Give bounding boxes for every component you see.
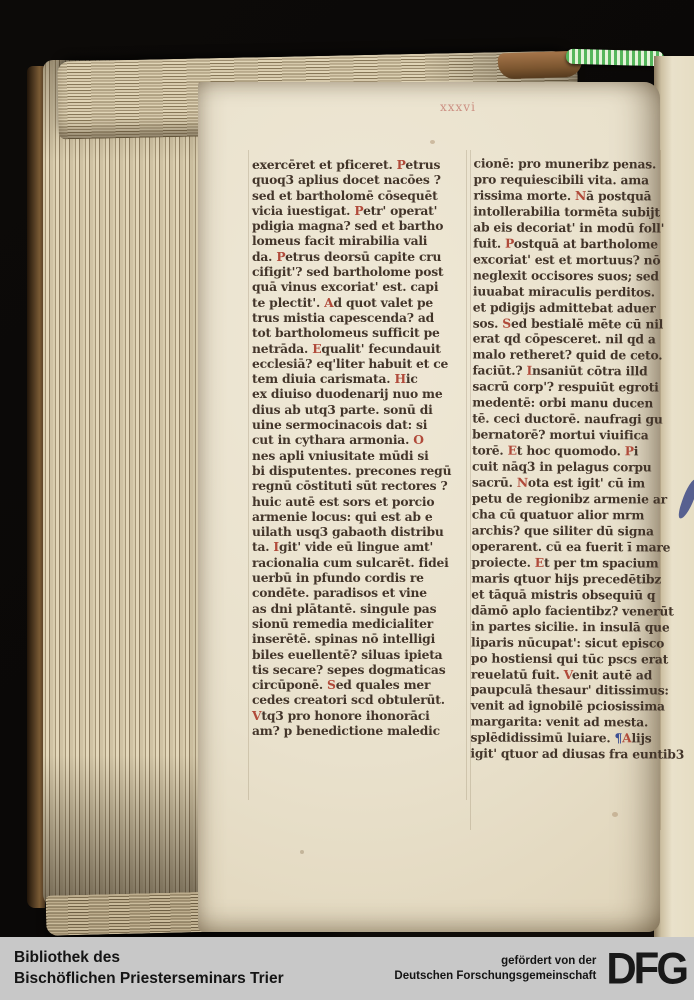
manuscript-line: Vtq3 pro honore ihonorāci: [252, 708, 466, 723]
funding-text-line2: Deutschen Forschungsgemeinschaft: [394, 969, 596, 984]
funding-credit: gefördert von der Deutschen Forschungsge…: [394, 948, 686, 990]
manuscript-line: exercēret et pficeret. Petrus: [252, 157, 466, 172]
library-footer-banner: Bibliothek des Bischöflichen Priestersem…: [0, 937, 694, 1000]
ruling-line: [248, 150, 249, 800]
manuscript-line: paupculā thesaur' ditissimus:: [471, 682, 663, 699]
manuscript-line: rissima morte. Nā postquā: [473, 187, 665, 204]
manuscript-line: reuelatū fuit. Venit autē ad: [471, 666, 663, 683]
manuscript-line: condēte. paradisos et vine: [252, 585, 466, 600]
manuscript-line: cedes creatori scd obtulerūt.: [252, 692, 466, 707]
funding-text-line1: gefördert von der: [394, 954, 596, 969]
manuscript-line: sionū remedia medicialiter: [252, 616, 466, 631]
manuscript-line: operarent. cū ea fuerit ī mare: [472, 538, 664, 555]
manuscript-line: sed et bartholomē cōsequēt: [252, 188, 466, 203]
manuscript-line: sacrū. Nota est igit' cū im: [472, 475, 664, 492]
manuscript-line: proiecte. Et per tm spacium: [471, 554, 663, 571]
manuscript-line: vicia iuestigat. Petr' operat': [252, 203, 466, 218]
ruling-line: [466, 150, 467, 800]
text-column-right: cionē: pro muneribz penas.pro requiescib…: [470, 156, 665, 763]
manuscript-line: tem diuia carismata. Hic: [252, 371, 466, 386]
manuscript-line: regnū cōstituti sūt rectores ?: [252, 478, 466, 493]
manuscript-line: biles euellentē? siluas ipieta: [252, 647, 466, 662]
manuscript-line: lomeus facit mirabilia vali: [252, 233, 466, 248]
manuscript-line: tē. ceci ductorē. naufragi gu: [472, 411, 664, 428]
manuscript-line: quā vinus excoriat' est. capi: [252, 279, 466, 294]
manuscript-line: excoriat' est et mortuus? nō: [473, 251, 665, 268]
manuscript-line: trus mistia capescenda? ad: [252, 310, 466, 325]
manuscript-line: quoq3 aplius docet nacōes ?: [252, 172, 466, 187]
manuscript-line: netrāda. Equalit' fecundauit: [252, 341, 466, 356]
manuscript-line: neglexit occisores suos; sed: [473, 267, 665, 284]
manuscript-line: et pdigijs admittebat aduer: [473, 299, 665, 316]
manuscript-line: uilath usq3 gabaoth distribu: [252, 524, 466, 539]
manuscript-line: cionē: pro muneribz penas.: [474, 156, 666, 173]
manuscript-line: pro requiescibili vita. ama: [473, 171, 665, 188]
manuscript-line: sacrū corp'? respuiūt egroti: [472, 379, 664, 396]
manuscript-line: bi disputentes. precones regū: [252, 463, 466, 478]
manuscript-line: uerbū in pfundo cordis re: [252, 570, 466, 585]
manuscript-line: splēdidissimū luiare. ¶Alijs: [470, 730, 662, 747]
digitized-manuscript-photo: xxxvi exercēret et pficeret. Petrusquoq3…: [0, 0, 694, 1000]
manuscript-line: faciūt.? Insaniūt cōtra illd: [472, 363, 664, 380]
dfg-logo: DFG: [606, 946, 686, 990]
manuscript-line: huic autē est sors et porcio: [252, 494, 466, 509]
manuscript-line: te plectit'. Ad quot valet pe: [252, 295, 466, 310]
manuscript-line: ecclesiā? eq'liter habuit et ce: [252, 356, 466, 371]
library-name-line1: Bibliothek des: [14, 948, 284, 968]
library-name-line2: Bischöflichen Priesterseminars Trier: [14, 969, 284, 989]
manuscript-line: medentē: orbi manu ducen: [472, 395, 664, 412]
manuscript-line: circūponē. Sed quales mer: [252, 677, 466, 692]
manuscript-line: maris qtuor hijs precedētibz: [471, 570, 663, 587]
manuscript-line: am? p benedictione maledic: [252, 723, 466, 738]
manuscript-line: cut in cythara armonia. O: [252, 432, 466, 447]
manuscript-line: as dni plātantē. singule pas: [252, 601, 466, 616]
library-name: Bibliothek des Bischöflichen Priestersem…: [14, 948, 284, 988]
manuscript-line: cha cū quatuor alior mrm: [472, 506, 664, 523]
manuscript-line: venit ad ignobilē pciosissima: [471, 698, 663, 715]
manuscript-line: po hostiensi qui tūc pscs erat: [471, 650, 663, 667]
manuscript-line: liparis nūcupat': sicut episco: [471, 634, 663, 651]
manuscript-line: bernatorē? mortui viuifica: [472, 427, 664, 444]
text-column-left: exercēret et pficeret. Petrusquoq3 apliu…: [252, 157, 466, 738]
manuscript-line: in partes sicilie. in insulā que: [471, 618, 663, 635]
manuscript-line: nes apli vniusitate mūdi si: [252, 448, 466, 463]
manuscript-line: tis secare? sepes dogmaticas: [252, 662, 466, 677]
manuscript-line: petu de regionibz armenie ar: [472, 491, 664, 508]
folio-number: xxxvi: [440, 100, 476, 114]
funding-text: gefördert von der Deutschen Forschungsge…: [394, 954, 596, 984]
manuscript-line: intollerabilia tormēta subijt: [473, 203, 665, 220]
manuscript-line: inserētē. spinas nō intelligi: [252, 631, 466, 646]
manuscript-line: cuit nāq3 in pelagus corpu: [472, 459, 664, 476]
manuscript-line: dāmō aplo facientibz? venerūt: [471, 602, 663, 619]
manuscript-line: tot bartholomeus sufficit pe: [252, 325, 466, 340]
manuscript-line: armenie locus: qui est ab e: [252, 509, 466, 524]
manuscript-line: iuuabat miraculis perditos.: [473, 283, 665, 300]
manuscript-line: ex diuiso duodenarij nuo me: [252, 386, 466, 401]
page-block-fore-edges: [43, 60, 215, 908]
manuscript-line: ta. Igit' vide eū lingue amt': [252, 539, 466, 554]
manuscript-line: racionalia cum sulcarēt. fidei: [252, 555, 466, 570]
manuscript-line: archis? que siliter dū signa: [472, 522, 664, 539]
green-striped-endband: [566, 49, 664, 67]
manuscript-line: sos. Sed bestialē mēte cū nil: [473, 315, 665, 332]
manuscript-line: fuit. Postquā at bartholome: [473, 235, 665, 252]
manuscript-line: erat qd cōpesceret. nil qd a: [473, 331, 665, 348]
manuscript-line: margarita: venit ad mesta.: [471, 714, 663, 731]
manuscript-line: igit' qtuor ad diusas fra euntib3: [470, 746, 662, 763]
manuscript-line: da. Petrus deorsū capite cru: [252, 249, 466, 264]
manuscript-line: uine sermocinacois dat: si: [252, 417, 466, 432]
manuscript-line: dius ab utq3 parte. sonū di: [252, 402, 466, 417]
manuscript-line: ab eis decoriat' in modū foll': [473, 219, 665, 236]
manuscript-line: cifigit'? sed bartholome post: [252, 264, 466, 279]
manuscript-line: pdigia magna? sed et bartho: [252, 218, 466, 233]
manuscript-line: torē. Et hoc quomodo. Pi: [472, 443, 664, 460]
manuscript-line: et tāquā mistris obsequiū q: [471, 586, 663, 603]
manuscript-line: malo retheret? quid de ceto.: [473, 347, 665, 364]
